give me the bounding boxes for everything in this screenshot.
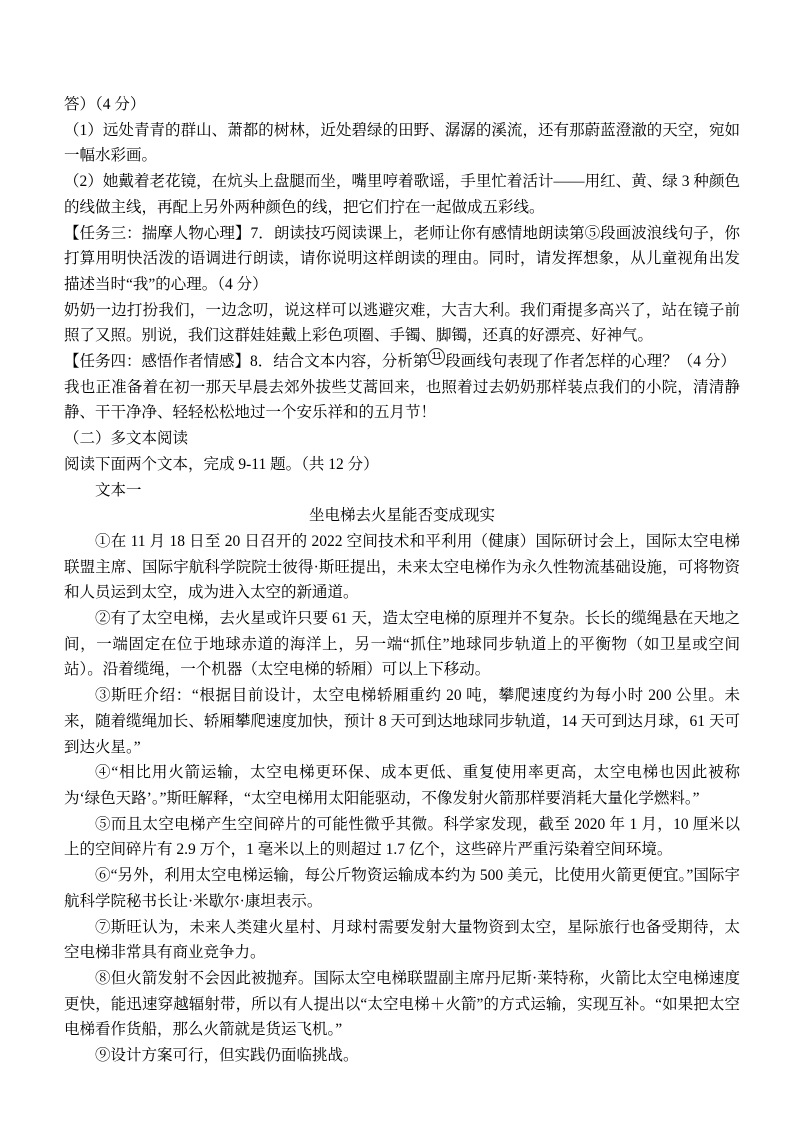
circled-11-marker: 11	[428, 348, 445, 365]
essay-title: 坐电梯去火星能否变成现实	[64, 503, 740, 529]
answer-item-1: （1）远处青青的群山、萧都的树林，近处碧绿的田野、潺潺的溪流，还有那蔚蓝澄澈的天…	[64, 118, 740, 169]
section-two-heading: （二）多文本阅读	[64, 426, 740, 452]
essay-paragraph-2: ②有了太空电梯，去火星或许只要 61 天，造太空电梯的原理并不复杂。长长的缆绳悬…	[64, 606, 740, 683]
essay-paragraph-9: ⑨设计方案可行，但实践仍面临挑战。	[64, 1043, 740, 1069]
answer-item-2: （2）她戴着老花镜，在炕头上盘腿而坐，嘴里哼着歌谣，手里忙着活计——用红、黄、绿…	[64, 169, 740, 220]
answer-line: 答）（4 分）	[64, 92, 740, 118]
document-page: 答）（4 分） （1）远处青青的群山、萧都的树林，近处碧绿的田野、潺潺的溪流，还…	[0, 0, 794, 1123]
task-four-question: 【任务四：感悟作者情感】8．结合文本内容，分析第11段画线句表现了作者怎样的心理…	[64, 349, 740, 375]
text-one-label: 文本一	[64, 478, 740, 504]
task-four-text-after: 段画线句表现了作者怎样的心理？（4 分）	[445, 353, 736, 370]
essay-paragraph-5: ⑤而且太空电梯产生空间碎片的可能性微乎其微。科学家发现，截至 2020 年 1 …	[64, 812, 740, 863]
task-four-quoted-passage: 我也正准备着在初一那天早晨去郊外拔些艾蒿回来，也照着过去奶奶那样装点我们的小院，…	[64, 375, 740, 426]
essay-paragraph-8: ⑧但火箭发射不会因此被抛弃。国际太空电梯联盟副主席丹尼斯·莱特称，火箭比太空电梯…	[64, 966, 740, 1043]
essay-paragraph-4: ④“相比用火箭运输，太空电梯更环保、成本更低、重复使用率更高，太空电梯也因此被称…	[64, 760, 740, 811]
essay-paragraph-6: ⑥“另外，利用太空电梯运输，每公斤物资运输成本约为 500 美元，比使用火箭更便…	[64, 863, 740, 914]
essay-paragraph-3: ③斯旺介绍：“根据目前设计，太空电梯轿厢重约 20 吨，攀爬速度约为每小时 20…	[64, 683, 740, 760]
task-three-quoted-passage: 奶奶一边打扮我们，一边念叨，说这样可以逃避灾难，大吉大利。我们甭提多高兴了，站在…	[64, 298, 740, 349]
essay-paragraph-7: ⑦斯旺认为，未来人类建火星村、月球村需要发射大量物资到太空，星际旅行也备受期待，…	[64, 915, 740, 966]
task-three-question: 【任务三：揣摩人物心理】7．朗读技巧阅读课上，老师让你有感情地朗读第⑤段画波浪线…	[64, 221, 740, 298]
essay-paragraph-1: ①在 11 月 18 日至 20 日召开的 2022 空间技术和平利用（健康）国…	[64, 529, 740, 606]
task-four-text-before: 【任务四：感悟作者情感】8．结合文本内容，分析第	[64, 353, 428, 370]
reading-instruction: 阅读下面两个文本，完成 9-11 题。（共 12 分）	[64, 452, 740, 478]
